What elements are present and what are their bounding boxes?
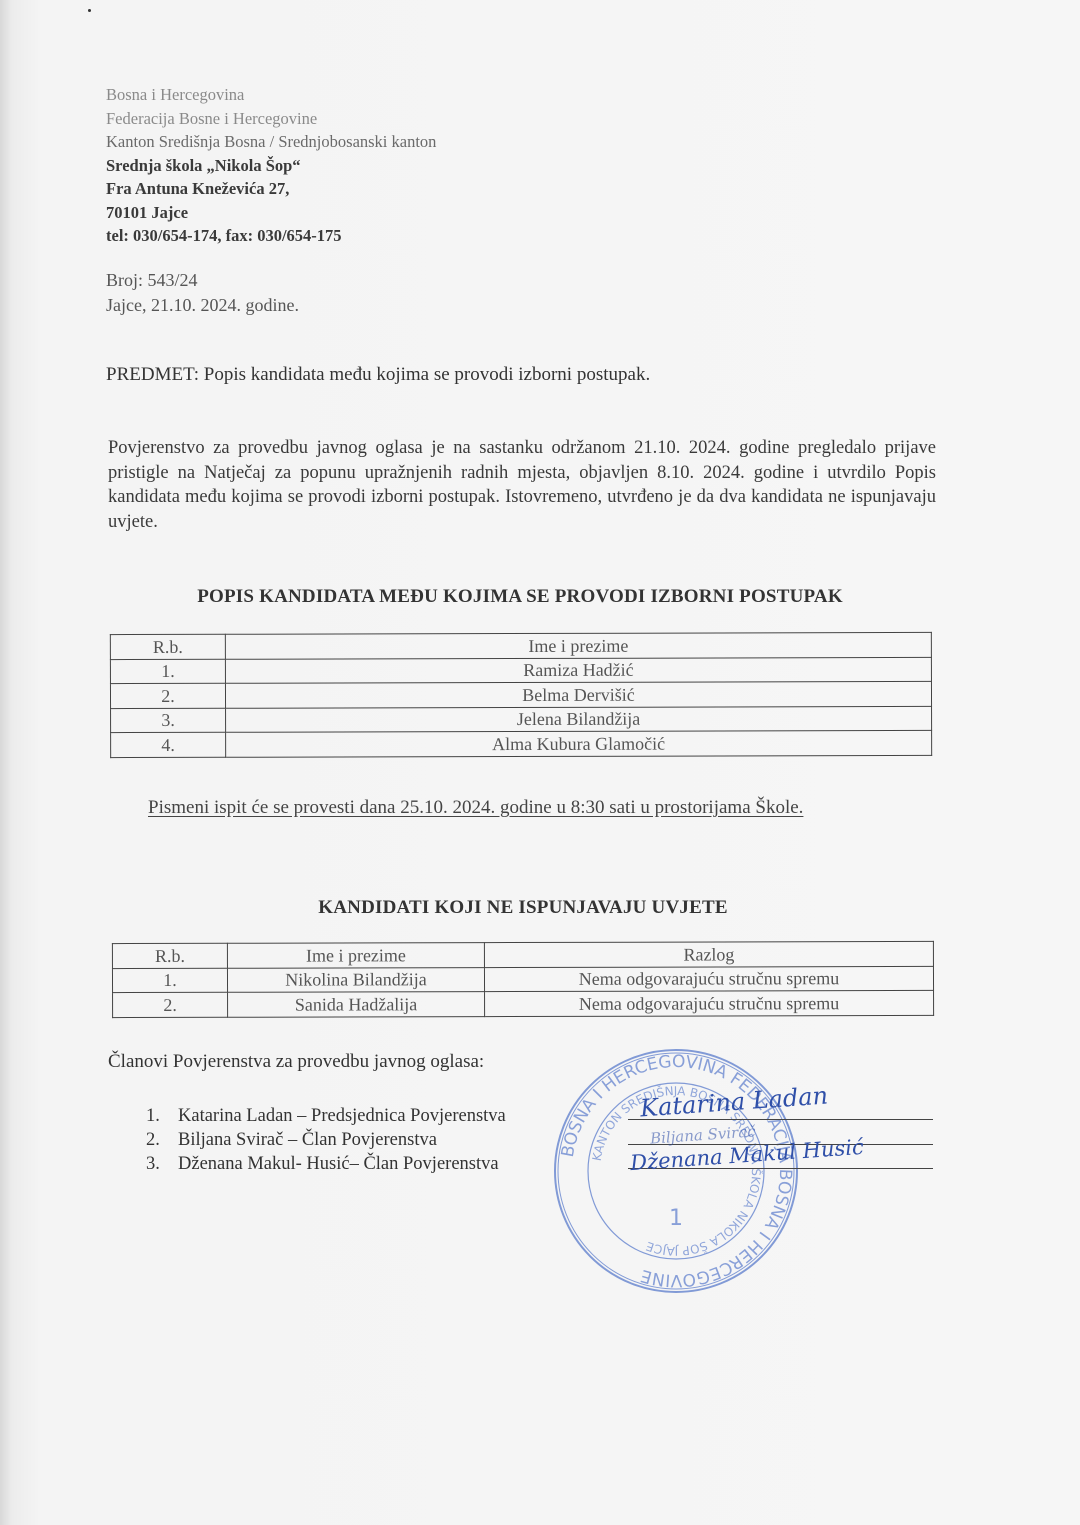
cell-name: Ramiza Hadžić bbox=[225, 657, 931, 683]
cell-reason: Nema odgovarajuću stručnu spremu bbox=[485, 990, 934, 1016]
document-date: Jajce, 21.10. 2024. godine. bbox=[106, 293, 299, 318]
member-item: 1.Katarina Ladan – Predsjednica Povjeren… bbox=[146, 1104, 506, 1128]
members-heading: Članovi Povjerenstva za provedbu javnog … bbox=[108, 1051, 484, 1073]
cell-rb: 2. bbox=[113, 992, 228, 1017]
table-row: 1. Ramiza Hadžić bbox=[110, 657, 931, 684]
cell-name: Nikolina Bilandžija bbox=[227, 967, 484, 992]
letterhead-phone: tel: 030/654-174, fax: 030/654-175 bbox=[106, 224, 436, 248]
header-name: Ime i prezime bbox=[227, 943, 484, 968]
document-meta: Broj: 543/24 Jajce, 21.10. 2024. godine. bbox=[106, 268, 299, 318]
table-header-row: R.b. Ime i prezime Razlog bbox=[112, 941, 933, 968]
letterhead-city: 70101 Jajce bbox=[106, 201, 436, 225]
letterhead: Bosna i Hercegovina Federacija Bosne i H… bbox=[106, 83, 436, 248]
letterhead-school: Srednja škola „Nikola Šop“ bbox=[106, 154, 436, 178]
document-subject: PREDMET: Popis kandidata među kojima se … bbox=[106, 364, 650, 386]
letterhead-federation: Federacija Bosne i Hercegovine bbox=[106, 107, 436, 131]
member-text: Biljana Svirač – Član Povjerenstva bbox=[178, 1130, 437, 1150]
member-item: 3.Dženana Makul- Husić– Član Povjerenstv… bbox=[146, 1152, 506, 1176]
cell-name: Alma Kubura Glamočić bbox=[226, 730, 932, 756]
document-number: Broj: 543/24 bbox=[106, 268, 299, 293]
member-item: 2.Biljana Svirač – Član Povjerenstva bbox=[146, 1128, 506, 1152]
member-text: Katarina Ladan – Predsjednica Povjerenst… bbox=[178, 1106, 506, 1126]
cell-rb: 4. bbox=[111, 732, 226, 757]
table-row: 4. Alma Kubura Glamočić bbox=[111, 730, 932, 757]
header-rb: R.b. bbox=[110, 634, 225, 659]
letterhead-canton: Kanton Središnja Bosna / Srednjobosanski… bbox=[106, 130, 436, 154]
rejected-table: R.b. Ime i prezime Razlog 1. Nikolina Bi… bbox=[112, 941, 934, 1018]
rejected-title: KANDIDATI KOJI NE ISPUNJAVAJU UVJETE bbox=[0, 897, 1046, 919]
candidates-table: R.b. Ime i prezime 1. Ramiza Hadžić 2. B… bbox=[110, 632, 932, 758]
header-rb: R.b. bbox=[112, 943, 227, 968]
table-header-row: R.b. Ime i prezime bbox=[110, 632, 931, 659]
header-reason: Razlog bbox=[484, 941, 933, 967]
table-row: 2. Sanida Hadžalija Nema odgovarajuću st… bbox=[113, 990, 934, 1017]
cell-name: Jelena Bilandžija bbox=[226, 706, 932, 732]
letterhead-street: Fra Antuna Kneževića 27, bbox=[106, 177, 436, 201]
member-text: Dženana Makul- Husić– Član Povjerenstva bbox=[178, 1154, 499, 1174]
exam-note: Pismeni ispit će se provesti dana 25.10.… bbox=[148, 797, 803, 819]
member-number: 3. bbox=[146, 1152, 178, 1176]
members-list: 1.Katarina Ladan – Predsjednica Povjeren… bbox=[146, 1104, 506, 1176]
scan-speck bbox=[88, 9, 91, 12]
cell-rb: 1. bbox=[112, 968, 227, 993]
letterhead-country: Bosna i Hercegovina bbox=[106, 83, 436, 107]
cell-rb: 3. bbox=[111, 708, 226, 733]
cell-name: Sanida Hadžalija bbox=[228, 992, 485, 1017]
body-paragraph: Povjerenstvo za provedbu javnog oglasa j… bbox=[108, 436, 936, 534]
table-row: 2. Belma Dervišić bbox=[110, 681, 931, 708]
table-row: 3. Jelena Bilandžija bbox=[111, 706, 932, 733]
cell-name: Belma Dervišić bbox=[225, 681, 931, 707]
cell-rb: 1. bbox=[110, 659, 225, 684]
cell-rb: 2. bbox=[110, 683, 225, 708]
header-name: Ime i prezime bbox=[225, 632, 931, 658]
member-number: 1. bbox=[146, 1104, 178, 1128]
candidates-title: POPIS KANDIDATA MEĐU KOJIMA SE PROVODI I… bbox=[0, 586, 1040, 608]
cell-reason: Nema odgovarajuću stručnu spremu bbox=[484, 966, 933, 992]
svg-text:1: 1 bbox=[669, 1206, 683, 1231]
table-row: 1. Nikolina Bilandžija Nema odgovarajuću… bbox=[112, 966, 933, 993]
member-number: 2. bbox=[146, 1128, 178, 1152]
